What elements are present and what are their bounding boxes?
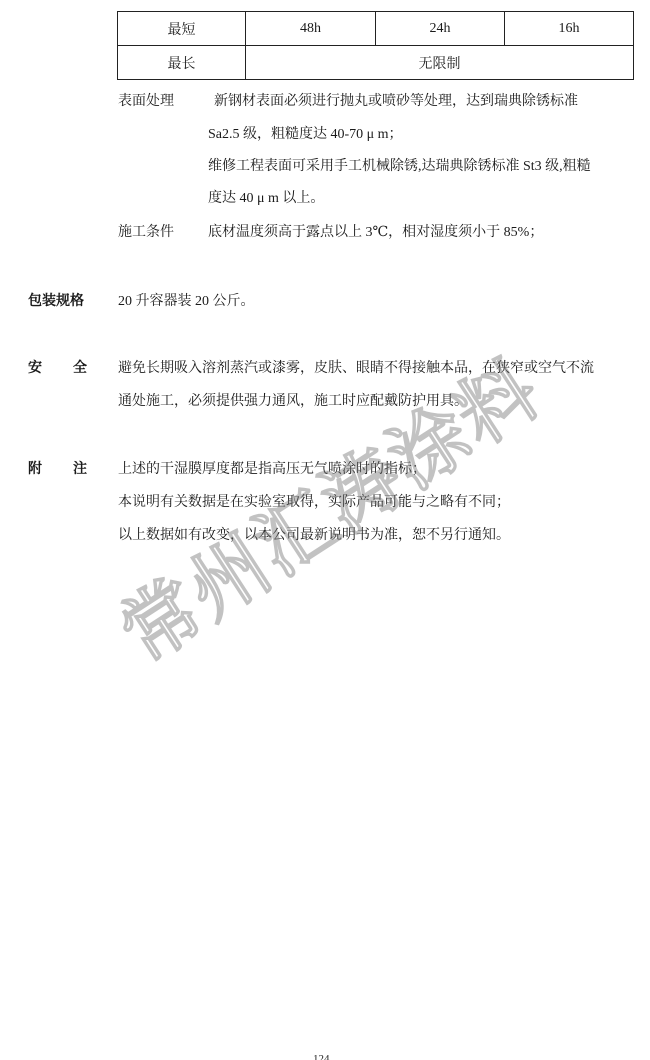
cell-value: 16h xyxy=(505,12,634,46)
notes-label-char: 注 xyxy=(73,458,87,478)
safety-line: 通处施工，必须提供强力通风，施工时应配戴防护用具。 xyxy=(118,390,468,410)
cell-value: 24h xyxy=(376,12,505,46)
safety-label-char: 全 xyxy=(73,357,87,377)
notes-line: 上述的干湿膜厚度都是指高压无气喷涂时的指标； xyxy=(118,458,426,478)
surface-treatment-line: Sa2.5 级，粗糙度达 40-70 μ m； xyxy=(208,123,403,143)
notes-label: 附 注 xyxy=(28,458,98,478)
row-label-max: 最长 xyxy=(118,46,246,80)
cell-merged-value: 无限制 xyxy=(246,46,634,80)
notes-line: 以上数据如有改变，以本公司最新说明书为准，恕不另行通知。 xyxy=(118,524,510,544)
cure-time-table: 最短 48h 24h 16h 最长 无限制 xyxy=(117,11,634,80)
surface-treatment-label: 表面处理 xyxy=(118,90,174,110)
notes-line: 本说明有关数据是在实验室取得，实际产品可能与之略有不同； xyxy=(118,491,510,511)
application-conditions-text: 底材温度须高于露点以上 3℃，相对湿度须小于 85%； xyxy=(208,221,543,241)
notes-label-char: 附 xyxy=(28,462,42,477)
surface-treatment-line: 度达 40 μ m 以上。 xyxy=(208,187,324,207)
row-label-min: 最短 xyxy=(118,12,246,46)
safety-line: 避免长期吸入溶剂蒸汽或漆雾，皮肤、眼睛不得接触本品，在狭窄或空气不流 xyxy=(118,357,594,377)
surface-treatment-line: 维修工程表面可采用手工机械除锈,达瑞典除锈标准 St3 级,粗糙 xyxy=(208,155,591,175)
surface-treatment-line: 新钢材表面必须进行抛丸或喷砂等处理，达到瑞典除锈标准 xyxy=(214,90,578,110)
packaging-label: 包装规格 xyxy=(28,290,84,310)
safety-label: 安 全 xyxy=(28,357,98,377)
page-number: 124 xyxy=(313,1053,330,1060)
safety-label-char: 安 xyxy=(28,361,42,376)
packaging-text: 20 升容器装 20 公斤。 xyxy=(118,290,255,310)
cell-value: 48h xyxy=(246,12,376,46)
table-row-max: 最长 无限制 xyxy=(118,46,634,80)
table-row-min: 最短 48h 24h 16h xyxy=(118,12,634,46)
application-conditions-label: 施工条件 xyxy=(118,221,174,241)
